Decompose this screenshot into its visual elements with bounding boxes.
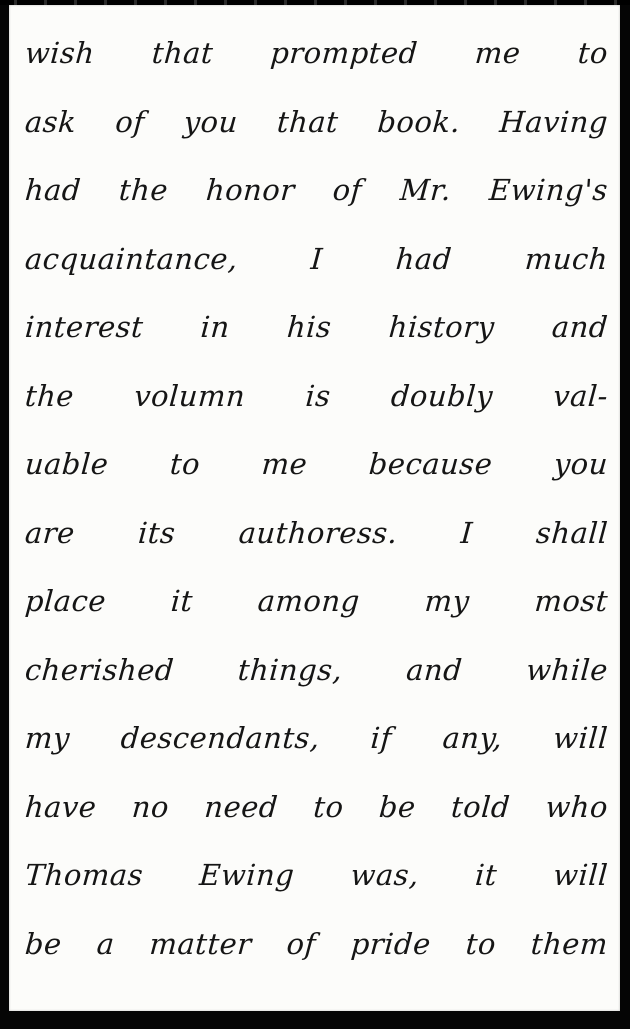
handwritten-line: my descendants, if any, will	[23, 704, 611, 773]
handwritten-line: have no need to be told who	[23, 773, 611, 842]
handwritten-line: the volumn is doubly val-	[23, 362, 611, 431]
handwritten-line: interest in his history and	[23, 293, 611, 362]
letter-paper: wish that prompted me to ask of you that…	[9, 5, 620, 1011]
handwritten-line: acquaintance, I had much	[23, 225, 611, 294]
handwritten-line: had the honor of Mr. Ewing's	[23, 156, 611, 225]
scan-border: wish that prompted me to ask of you that…	[0, 0, 630, 1029]
handwritten-line: place it among my most	[23, 567, 611, 636]
handwritten-line: uable to me because you	[23, 430, 611, 499]
handwritten-line: ask of you that book. Having	[23, 88, 611, 157]
handwritten-line: are its authoress. I shall	[23, 499, 611, 568]
handwritten-line: cherished things, and while	[23, 636, 611, 705]
handwritten-text-block: wish that prompted me to ask of you that…	[25, 19, 608, 1011]
handwritten-line: Thomas Ewing was, it will	[23, 841, 611, 910]
handwritten-line: wish that prompted me to	[23, 19, 611, 88]
handwritten-line: be a matter of pride to them	[23, 910, 611, 979]
